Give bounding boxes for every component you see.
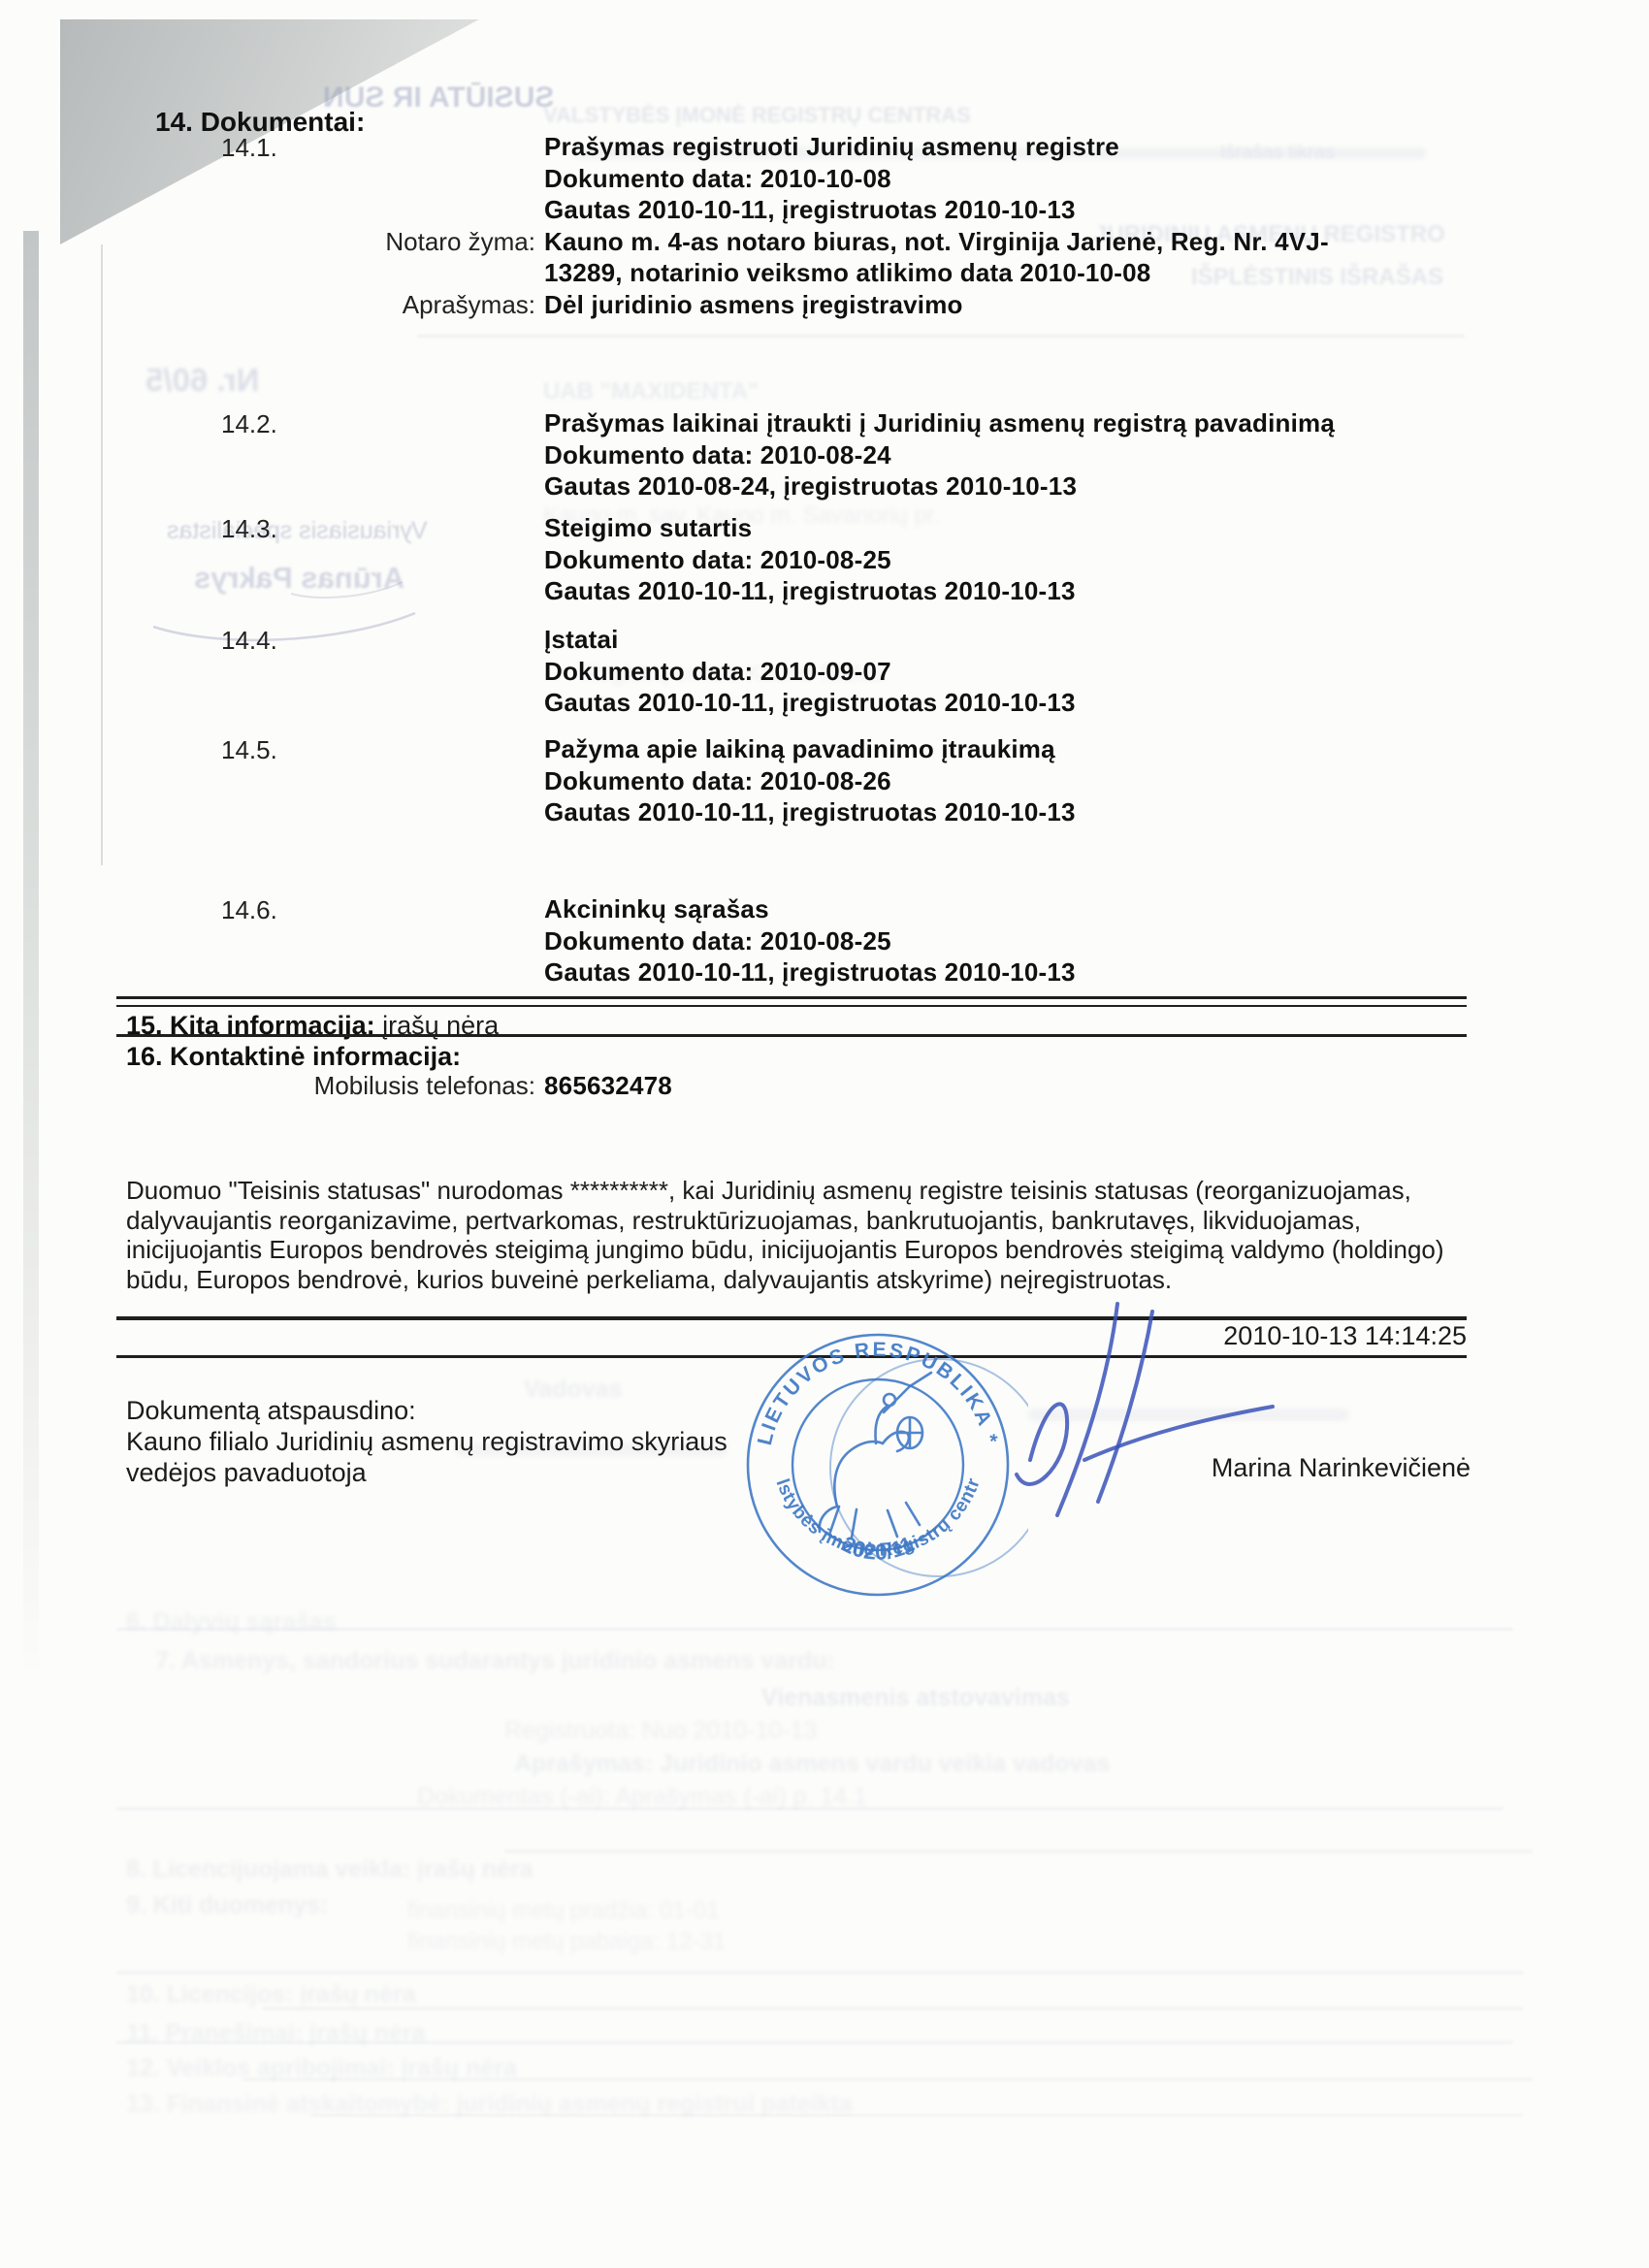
doc-item-line-label <box>116 407 544 439</box>
doc-item-line: Prašymas registruoti Juridinių asmenų re… <box>116 131 1494 163</box>
section-16-heading: 16. Kontaktinė informacija: <box>126 1042 461 1072</box>
doc-item-line-text: Kauno m. 4-as notaro biuras, not. Virgin… <box>544 226 1329 258</box>
doc-item-line-text: Gautas 2010-08-24, įregistruotas 2010-10… <box>544 470 1077 502</box>
doc-item-line-label <box>116 893 544 925</box>
doc-item-line-label <box>116 796 544 828</box>
doc-item-line: Gautas 2010-08-24, įregistruotas 2010-10… <box>116 470 1494 502</box>
doc-item: Steigimo sutartisDokumento data: 2010-08… <box>116 512 1494 607</box>
print-timestamp: 2010-10-13 14:14:25 <box>116 1321 1467 1351</box>
doc-item-line: Dokumento data: 2010-08-25 <box>116 925 1494 957</box>
doc-item: Prašymas laikinai įtraukti į Juridinių a… <box>116 407 1494 502</box>
doc-item-line-text: Dokumento data: 2010-08-25 <box>544 925 891 957</box>
doc-item-line: Gautas 2010-10-11, įregistruotas 2010-10… <box>116 796 1494 828</box>
divider-rule <box>116 1316 1467 1320</box>
doc-item-line: Akcininkų sąrašas <box>116 893 1494 925</box>
doc-item-line-label <box>116 470 544 502</box>
doc-item-line-label <box>116 765 544 797</box>
doc-item-line-text: Dokumento data: 2010-08-26 <box>544 765 891 797</box>
doc-item-line: Notaro žyma:Kauno m. 4-as notaro biuras,… <box>116 226 1494 258</box>
doc-item-line-text: Gautas 2010-10-11, įregistruotas 2010-10… <box>544 194 1076 226</box>
doc-item: Pažyma apie laikiną pavadinimo įtraukimą… <box>116 733 1494 828</box>
doc-item-line-text: Akcininkų sąrašas <box>544 893 769 925</box>
doc-item-line-label <box>116 624 544 656</box>
doc-item-line-text: Dėl juridinio asmens įregistravimo <box>544 289 963 321</box>
doc-item-line-label <box>116 575 544 607</box>
doc-item-line: Įstatai <box>116 624 1494 656</box>
doc-item-line-text: Gautas 2010-10-11, įregistruotas 2010-10… <box>544 796 1076 828</box>
doc-item-line: Gautas 2010-10-11, įregistruotas 2010-10… <box>116 575 1494 607</box>
doc-item-line-text: Gautas 2010-10-11, įregistruotas 2010-10… <box>544 575 1076 607</box>
legal-note-paragraph: Duomuo "Teisinis statusas" nurodomas ***… <box>126 1176 1484 1294</box>
signer-name: Marina Narinkevičienė <box>116 1453 1471 1483</box>
doc-item-line: Aprašymas:Dėl juridinio asmens įregistra… <box>116 289 1494 321</box>
doc-item-line-label: Notaro žyma: <box>116 226 544 258</box>
scanned-document-page: SUSIŪTA IR SUNVALSTYBĖS ĮMONĖ REGISTRŲ C… <box>0 0 1649 2268</box>
doc-item-line-text: Prašymas registruoti Juridinių asmenų re… <box>544 131 1119 163</box>
doc-item-line: Dokumento data: 2010-08-24 <box>116 439 1494 471</box>
doc-item-line-label <box>116 512 544 544</box>
doc-item-line-text: Dokumento data: 2010-09-07 <box>544 656 891 688</box>
doc-item-line: Dokumento data: 2010-08-25 <box>116 544 1494 576</box>
doc-item-line-text: Gautas 2010-10-11, įregistruotas 2010-10… <box>544 956 1076 988</box>
doc-item-line-text: Dokumento data: 2010-08-25 <box>544 544 891 576</box>
divider-rule <box>116 1355 1467 1358</box>
doc-item-line-text: Prašymas laikinai įtraukti į Juridinių a… <box>544 407 1335 439</box>
doc-item-line-label <box>116 656 544 688</box>
doc-item-line-text: Įstatai <box>544 624 619 656</box>
doc-item-line-label <box>116 687 544 719</box>
doc-item-line: Gautas 2010-10-11, įregistruotas 2010-10… <box>116 956 1494 988</box>
doc-item-line-label <box>116 439 544 471</box>
doc-item-line: Dokumento data: 2010-10-08 <box>116 163 1494 195</box>
doc-item-line-label <box>116 544 544 576</box>
doc-item-line: Gautas 2010-10-11, įregistruotas 2010-10… <box>116 194 1494 226</box>
doc-item-line: 13289, notarinio veiksmo atlikimo data 2… <box>116 257 1494 289</box>
doc-item-line: Pažyma apie laikiną pavadinimo įtraukimą <box>116 733 1494 765</box>
doc-item-line-label <box>116 257 544 289</box>
doc-item: ĮstataiDokumento data: 2010-09-07Gautas … <box>116 624 1494 719</box>
phone-row: Mobilusis telefonas: 865632478 <box>116 1070 1494 1102</box>
printed-by-line-1: Dokumentą atspausdino: <box>126 1395 727 1426</box>
doc-item-line-text: Dokumento data: 2010-08-24 <box>544 439 891 471</box>
doc-item-line: Prašymas laikinai įtraukti į Juridinių a… <box>116 407 1494 439</box>
doc-item-line-text: Dokumento data: 2010-10-08 <box>544 163 891 195</box>
doc-item-line-text: 13289, notarinio veiksmo atlikimo data 2… <box>544 257 1150 289</box>
doc-item-line-label <box>116 131 544 163</box>
phone-label: Mobilusis telefonas: <box>116 1070 544 1102</box>
doc-item-line-text: Pažyma apie laikiną pavadinimo įtraukimą <box>544 733 1055 765</box>
doc-item-line: Dokumento data: 2010-09-07 <box>116 656 1494 688</box>
doc-item: Akcininkų sąrašasDokumento data: 2010-08… <box>116 893 1494 988</box>
doc-item-line-text: Steigimo sutartis <box>544 512 752 544</box>
doc-item: Prašymas registruoti Juridinių asmenų re… <box>116 131 1494 320</box>
phone-value: 865632478 <box>544 1070 672 1102</box>
doc-item-line-text: Gautas 2010-10-11, įregistruotas 2010-10… <box>544 687 1076 719</box>
doc-item-line: Gautas 2010-10-11, įregistruotas 2010-10… <box>116 687 1494 719</box>
doc-item-line-label <box>116 163 544 195</box>
doc-item-line-label <box>116 194 544 226</box>
doc-item-line-label <box>116 733 544 765</box>
doc-item-line: Dokumento data: 2010-08-26 <box>116 765 1494 797</box>
divider-rule <box>116 996 1467 999</box>
divider-rule <box>116 1005 1467 1007</box>
doc-item-line-label <box>116 925 544 957</box>
doc-item-line-label: Aprašymas: <box>116 289 544 321</box>
doc-item-line-label <box>116 956 544 988</box>
divider-rule <box>116 1034 1467 1037</box>
doc-item-line: Steigimo sutartis <box>116 512 1494 544</box>
